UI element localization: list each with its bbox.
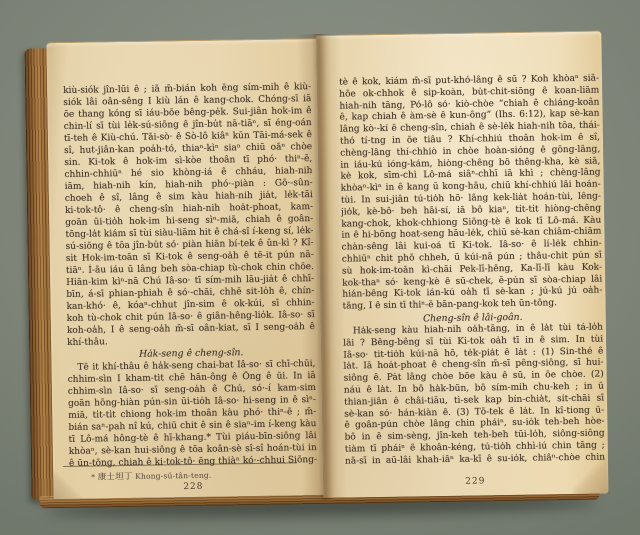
photo-background: kiù-siók jîn-lūi ê ; iā m̄-bián koh ēng … <box>0 0 640 535</box>
left-page-text-bottom: Tē it khí-thâu ê ha̍k-seng chai-bat Iâ-s… <box>67 358 317 470</box>
page-number-right: 229 <box>345 474 605 488</box>
footnote: * 康士坦丁 Khong-sū-tân-teng. <box>91 469 211 483</box>
footnote-marker: * <box>91 473 95 482</box>
footnote-romanization: Khong-sū-tân-teng. <box>135 471 211 481</box>
right-page: tè ê kok, kiám m̄-sī put-khó-lâng ê sū ?… <box>316 30 608 497</box>
footnote-cjk-text: 康士坦丁 <box>98 472 133 483</box>
left-page: kiù-siók jîn-lūi ê ; iā m̄-bián koh ēng … <box>46 38 323 499</box>
right-page-text-bottom: Ha̍k-seng kàu hiah-nih oa̍h-tāng, in ê l… <box>343 322 605 468</box>
book-spread: kiù-siók jîn-lūi ê ; iā m̄-bián koh ēng … <box>24 29 608 510</box>
right-page-text-top: tè ê kok, kiám m̄-sī put-khó-lâng ê sū ?… <box>339 74 603 314</box>
left-page-text-top: kiù-siók jîn-lūi ê ; iā m̄-bián koh ēng … <box>63 81 315 349</box>
